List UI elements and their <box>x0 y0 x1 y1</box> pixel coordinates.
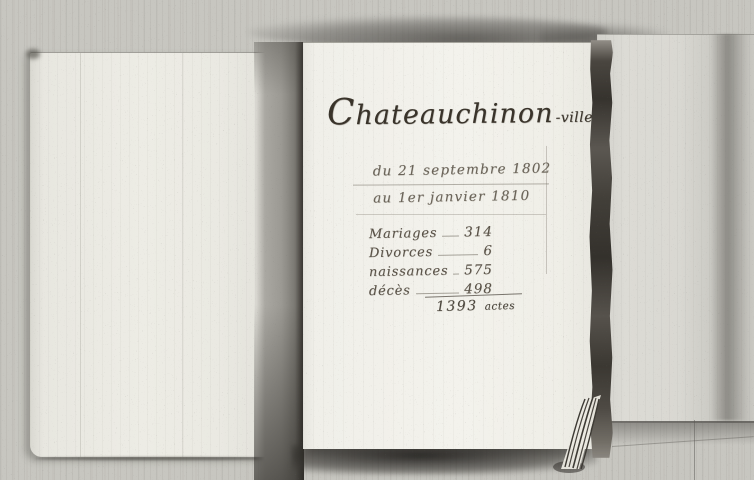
leader-dash <box>442 236 459 237</box>
page-fold-line <box>80 53 81 457</box>
period-end-line: au 1er janvier 1810 <box>373 182 552 212</box>
stat-label: Mariages <box>369 226 438 242</box>
total-value: 1393 <box>436 298 478 315</box>
stat-label: décès <box>369 283 411 299</box>
acts-count-list: Mariages 314 Divorces 6 naissances 575 d… <box>369 225 493 301</box>
leader-dash <box>438 254 478 256</box>
page-corner-smudge <box>26 49 40 59</box>
stat-value: 6 <box>483 243 493 259</box>
stat-value: 314 <box>464 224 493 240</box>
right-shadow-band <box>710 34 748 420</box>
stat-label: Divorces <box>369 245 433 261</box>
handwritten-total: 1393actes <box>436 297 516 315</box>
stat-label: naissances <box>369 264 449 280</box>
page-fold-line <box>182 53 183 457</box>
leader-dash <box>416 293 460 295</box>
blank-verso-page <box>30 52 282 457</box>
town-name: Chateauchinon <box>327 98 554 131</box>
cover-crease-line <box>694 420 695 480</box>
date-underline <box>356 214 546 215</box>
handwritten-town-title: Chateauchinon-ville. <box>327 90 598 134</box>
total-word: actes <box>485 300 516 313</box>
curled-page-corner <box>549 393 615 475</box>
scanned-register-page: Chateauchinon-ville. du 21 septembre 180… <box>0 0 754 480</box>
stats-row-mariages: Mariages 314 <box>369 224 493 245</box>
title-page: Chateauchinon-ville. du 21 septembre 180… <box>303 42 593 449</box>
period-start-line: du 21 septembre 1802 <box>373 155 552 185</box>
stats-row-divorces: Divorces 6 <box>369 243 493 264</box>
book-gutter-shadow <box>254 42 304 480</box>
leader-dash <box>453 274 459 275</box>
stats-row-naissances: naissances 575 <box>369 262 493 283</box>
margin-guide-line <box>546 146 547 274</box>
stat-value: 575 <box>464 262 493 278</box>
